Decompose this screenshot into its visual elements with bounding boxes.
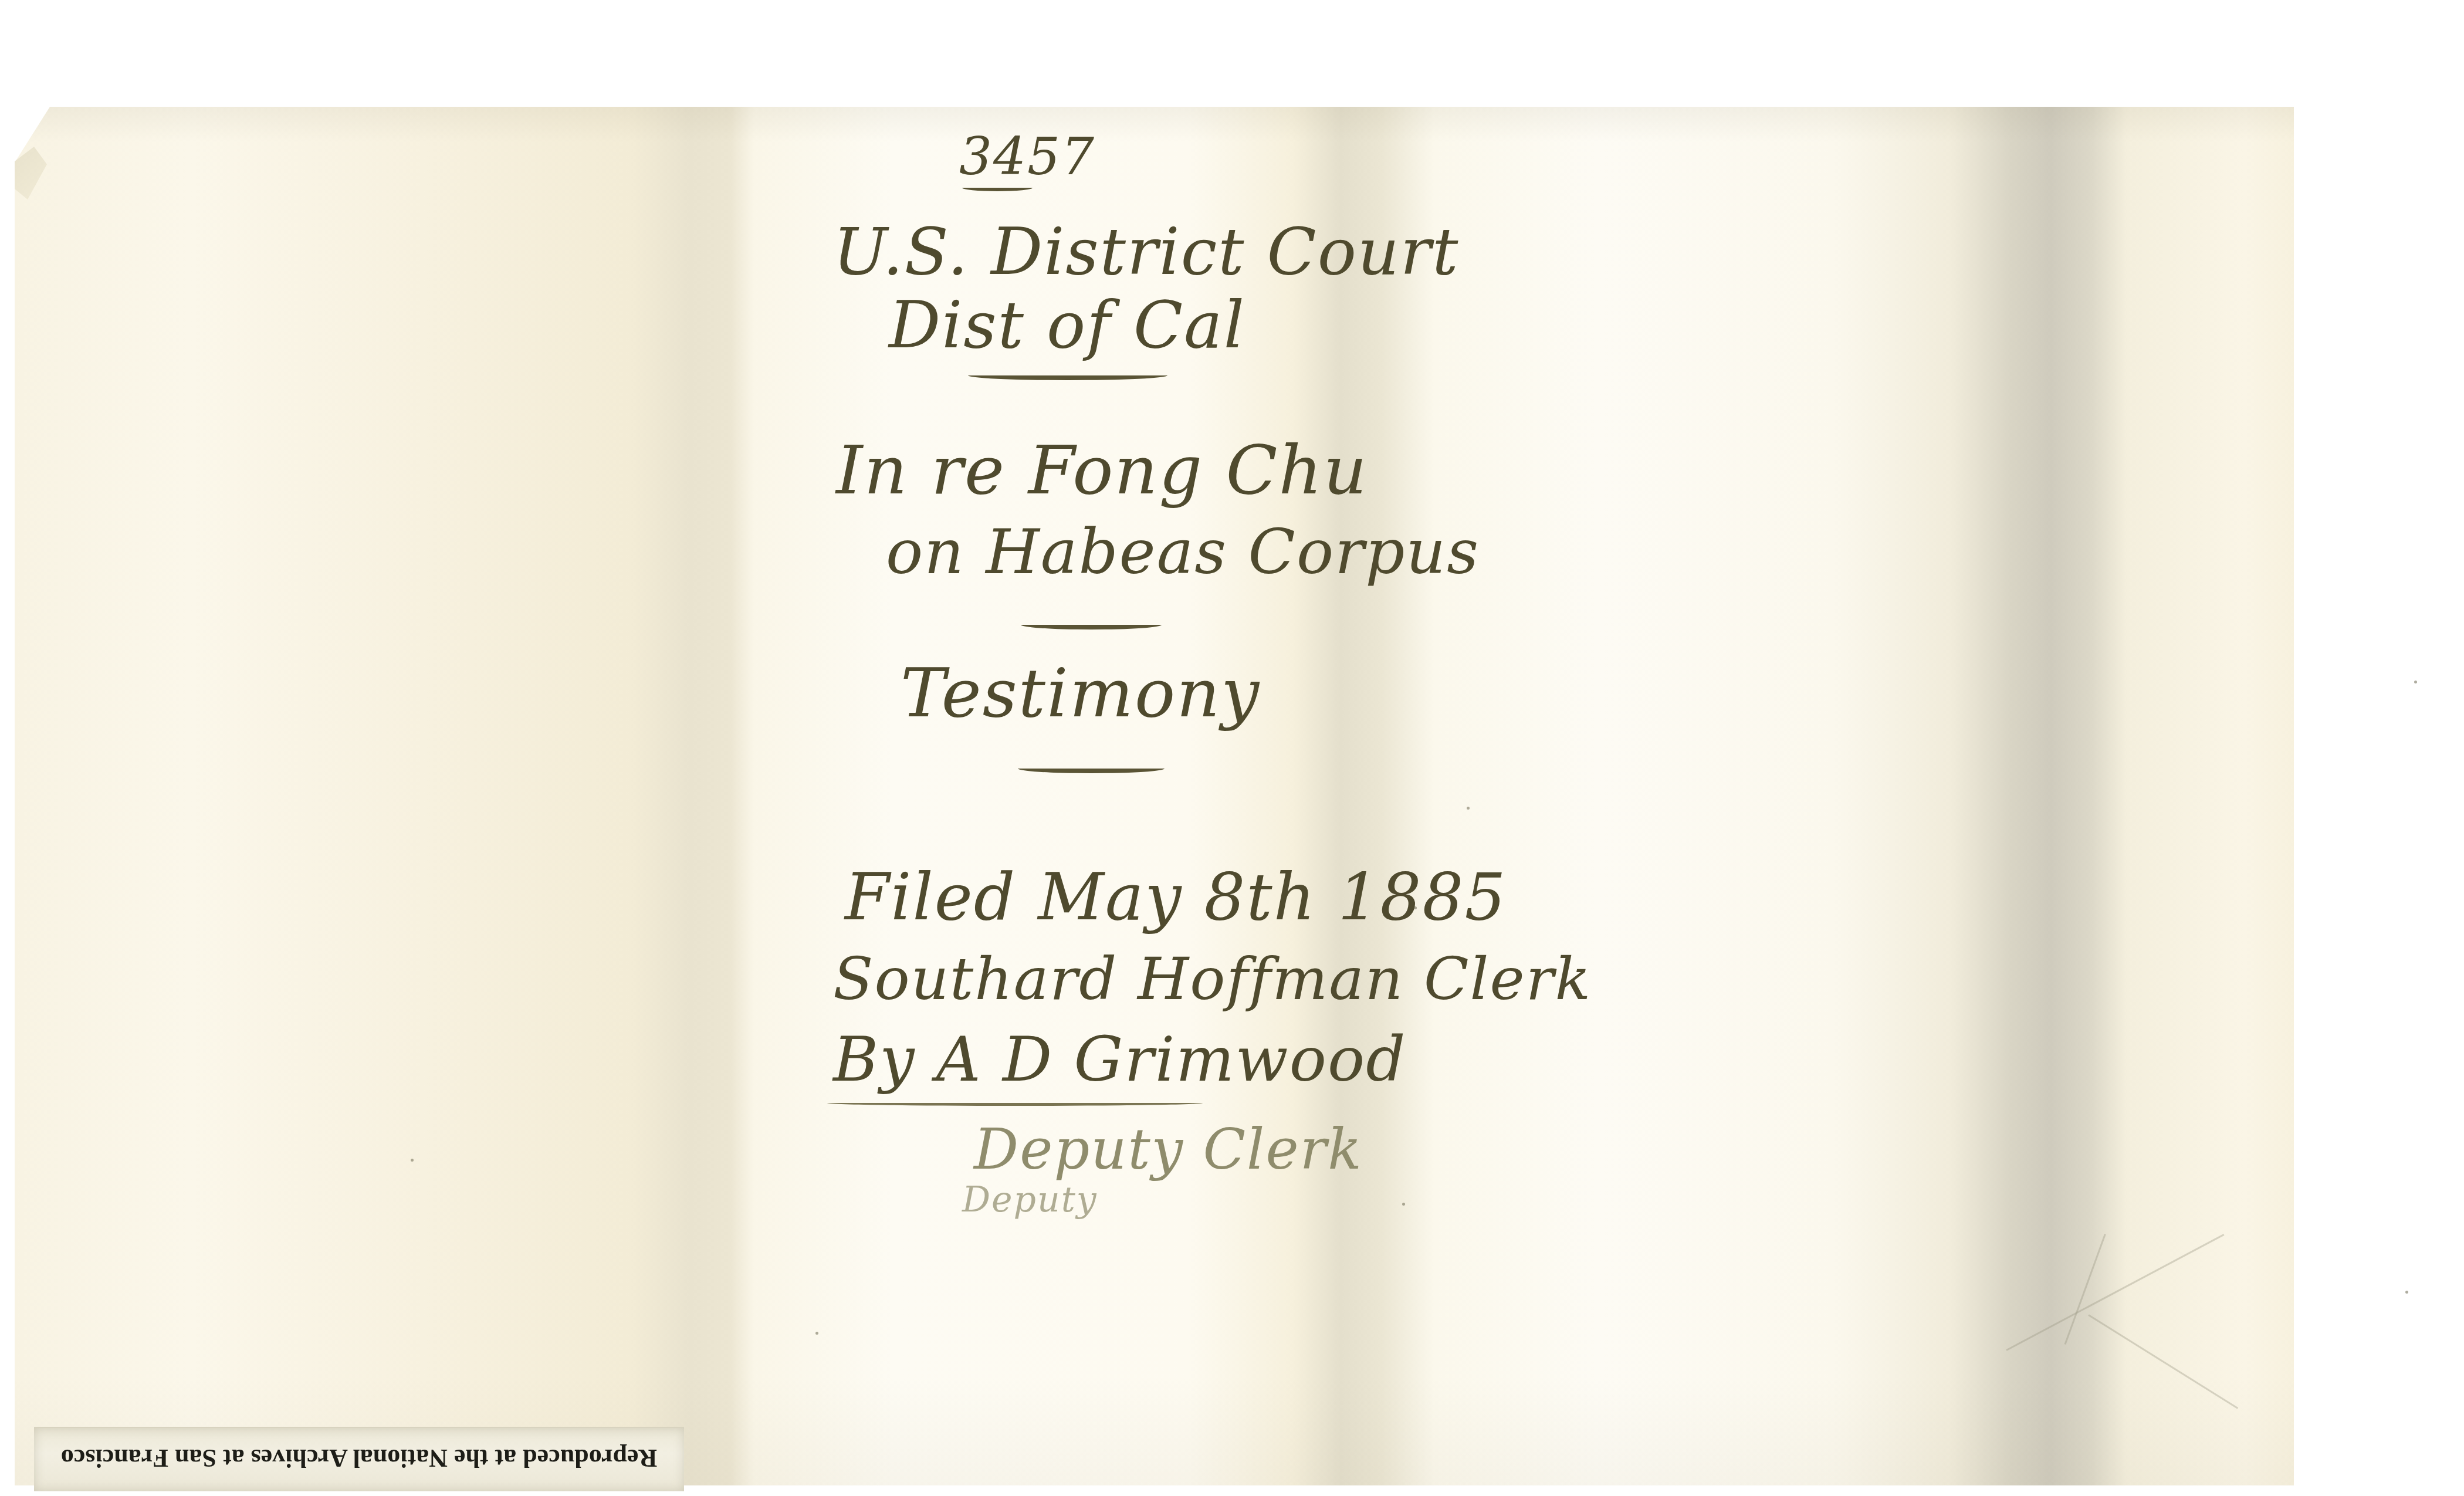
case-proceeding: on Habeas Corpus bbox=[886, 516, 1480, 588]
paper-speck bbox=[2414, 681, 2417, 683]
deputy-signature: By A D Grimwood bbox=[833, 1024, 1406, 1095]
court-name: U.S. District Court bbox=[833, 214, 1460, 289]
document-type: Testimony bbox=[901, 654, 1260, 733]
paper-speck bbox=[411, 1159, 414, 1162]
deputy-title: Deputy Clerk bbox=[974, 1118, 1363, 1182]
paper-speck bbox=[2405, 1291, 2408, 1294]
paper-speck bbox=[1402, 1203, 1405, 1206]
court-district: Dist of Cal bbox=[889, 287, 1245, 363]
case-title: In re Fong Chu bbox=[836, 431, 1368, 510]
deputy-faint-pencil: Deputy bbox=[962, 1179, 1098, 1220]
case-number: 3457 bbox=[959, 126, 1095, 187]
paper-speck bbox=[815, 1332, 818, 1335]
archive-stamp-text: Reproduced at the National Archives at S… bbox=[34, 1443, 684, 1473]
paper-speck bbox=[1467, 807, 1470, 810]
filed-date: Filed May 8th 1885 bbox=[845, 859, 1507, 935]
clerk-name: Southard Hoffman Clerk bbox=[833, 945, 1592, 1013]
archive-stamp-label: Reproduced at the National Archives at S… bbox=[34, 1427, 684, 1491]
